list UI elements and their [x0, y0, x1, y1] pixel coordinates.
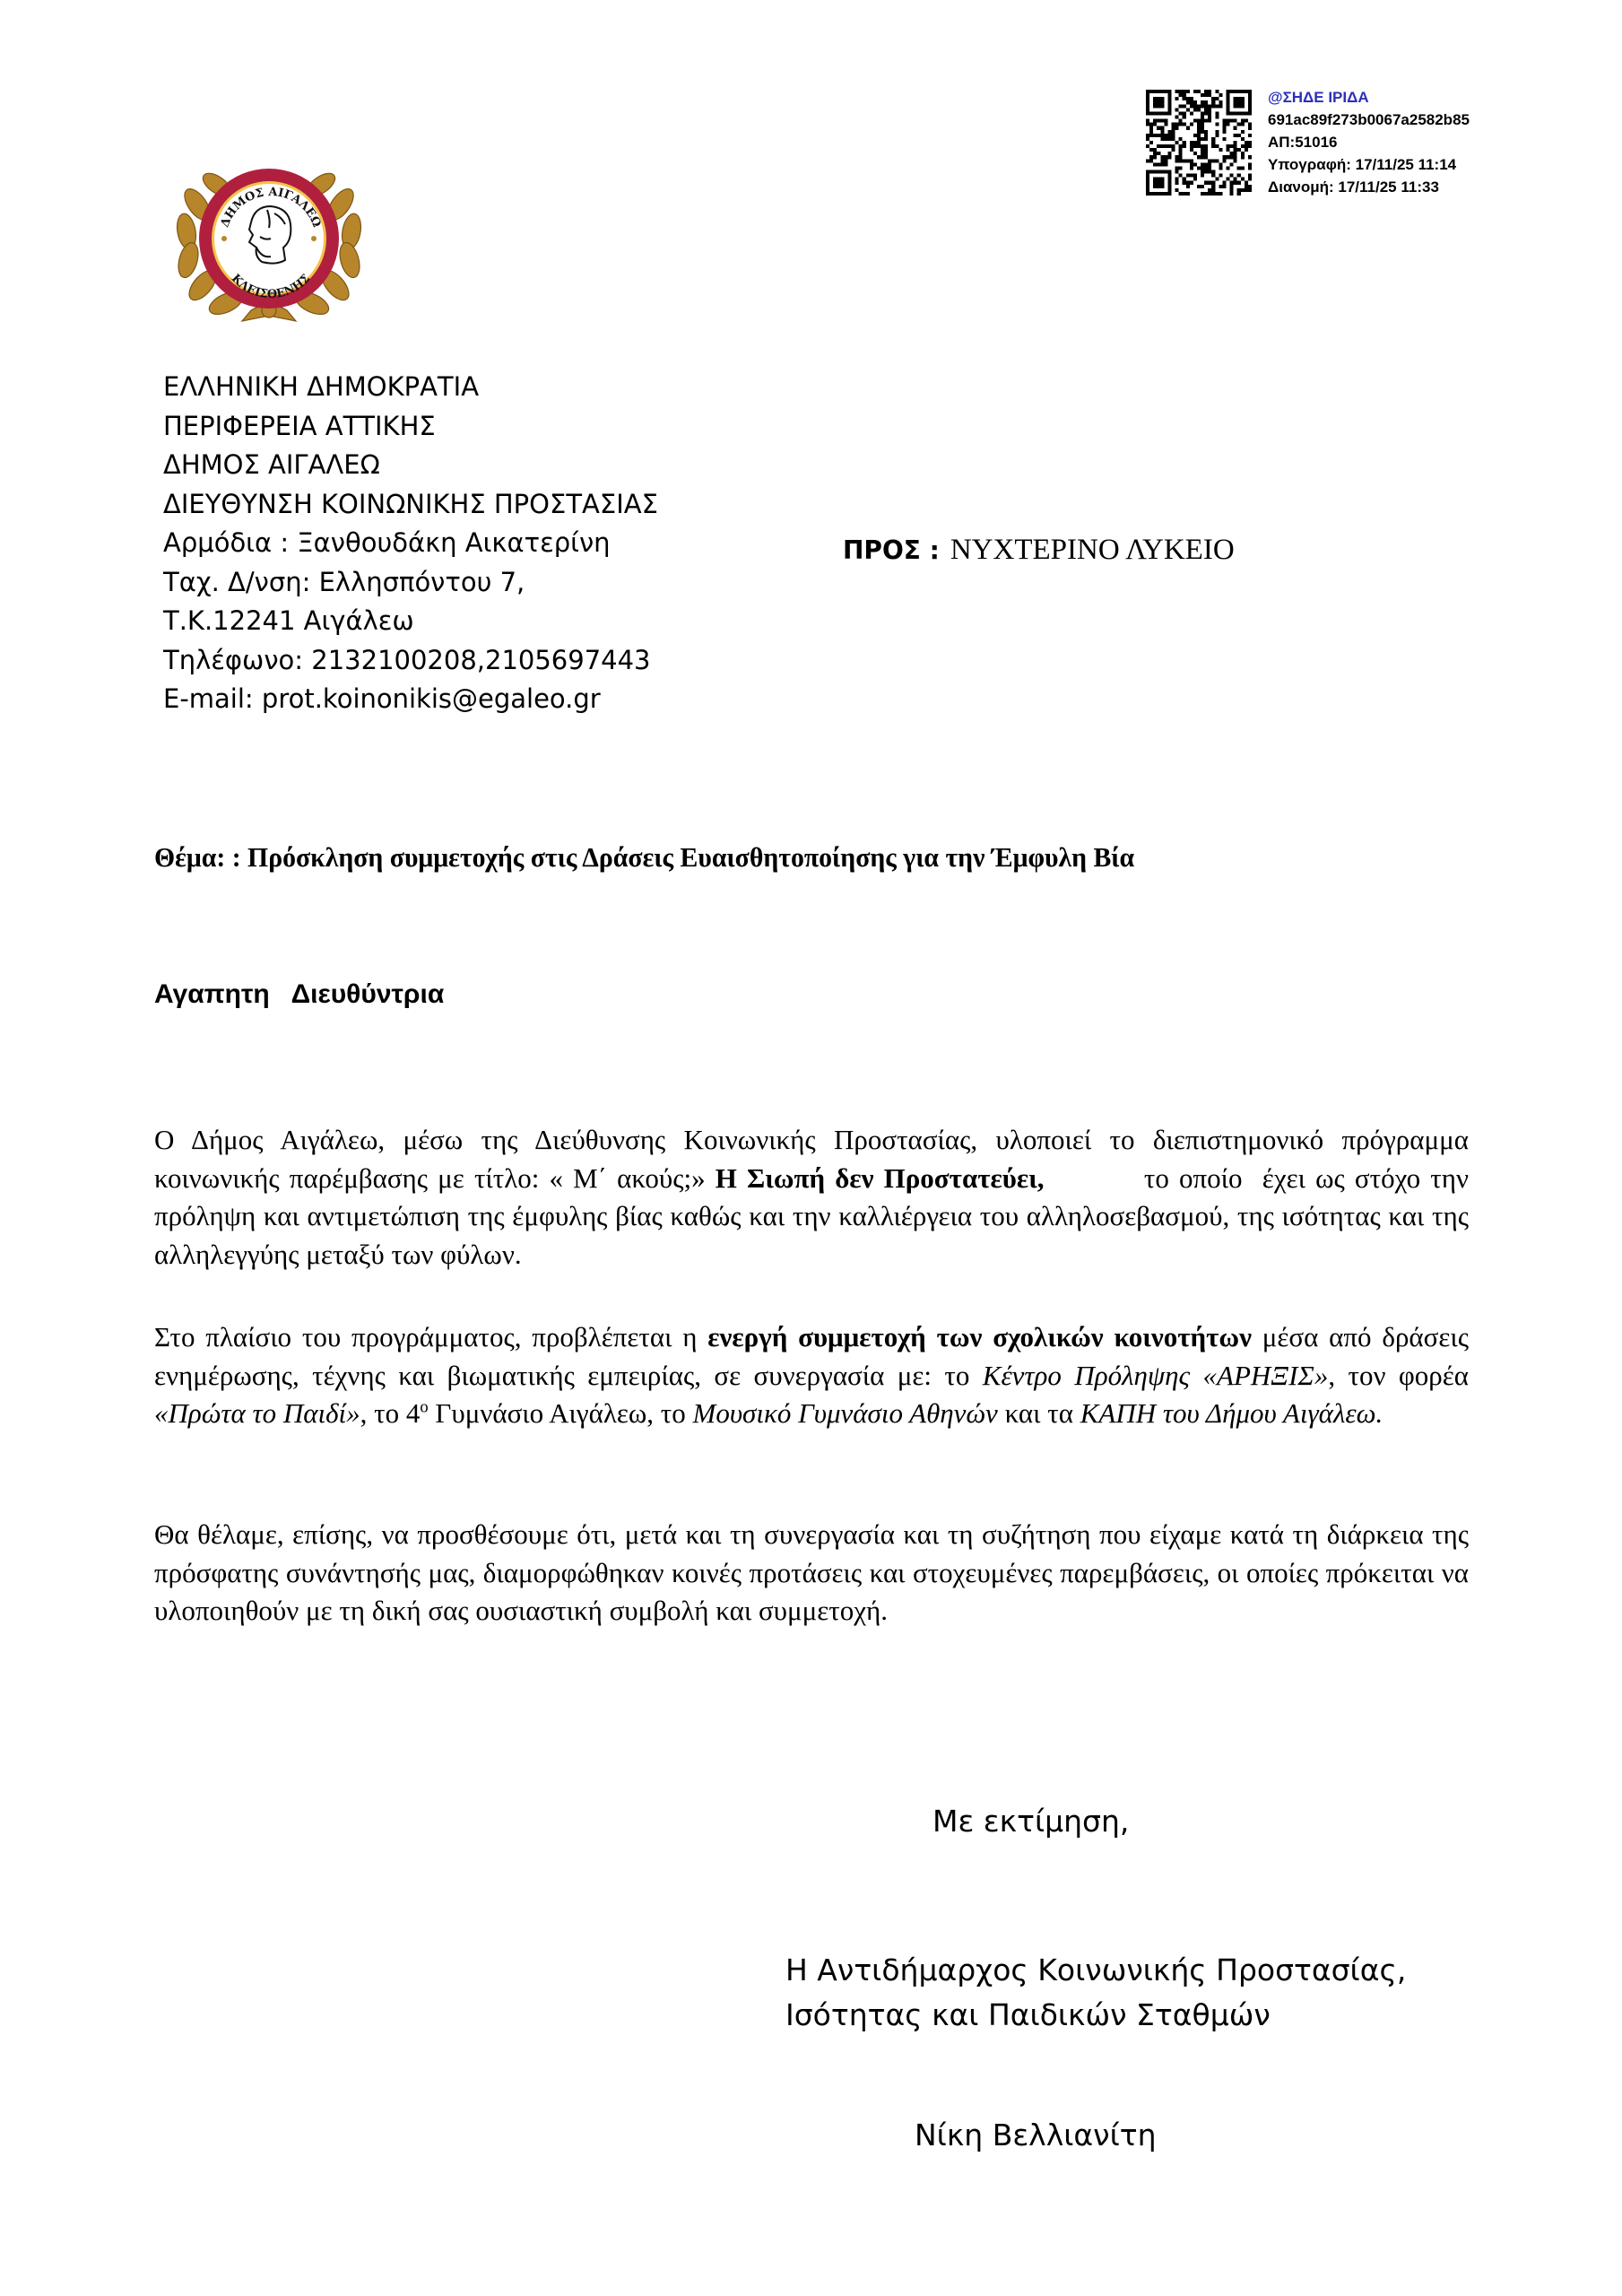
- municipality-seal-icon: ΔΗΜΟΣ ΑΙΓΑΛΕΩ ΚΛΕΙΣΘΕΝΗΣ: [161, 142, 377, 330]
- partner-name-italic: Μουσικό Γυμνάσιο Αθηνών: [693, 1397, 998, 1429]
- ordinal-superscript: ο: [420, 1398, 428, 1417]
- body-paragraph-2: Στο πλαίσιο του προγράμματος, προβλέπετα…: [154, 1318, 1469, 1433]
- stamp-distribution-date: Διανομή: 17/11/25 11:33: [1268, 176, 1470, 198]
- sender-line-postcode: Τ.Κ.12241 Αιγάλεω: [163, 602, 658, 641]
- closing-phrase: Με εκτίμηση,: [932, 1799, 1129, 1844]
- sender-block: ΕΛΛΗΝΙΚΗ ΔΗΜΟΚΡΑΤΙΑ ΠΕΡΙΦΕΡΕΙΑ ΑΤΤΙΚΗΣ Δ…: [163, 368, 658, 719]
- sender-line-municipality: ΔΗΜΟΣ ΑΙΓΑΛΕΩ: [163, 446, 658, 485]
- recipient-label: ΠΡΟΣ :: [843, 535, 940, 565]
- paragraph-text: και τα: [998, 1397, 1080, 1429]
- municipality-seal-logo: ΔΗΜΟΣ ΑΙΓΑΛΕΩ ΚΛΕΙΣΘΕΝΗΣ: [161, 142, 377, 330]
- signatory-name: Νίκη Βελλιανίτη: [915, 2113, 1157, 2158]
- recipient: ΠΡΟΣ :ΝΥΧΤΕΡΙΝΟ ΛΥΚΕΙΟ: [843, 534, 1235, 567]
- paragraph-text: Στο πλαίσιο του προγράμματος, προβλέπετα…: [154, 1321, 707, 1352]
- sender-line-country: ΕΛΛΗΝΙΚΗ ΔΗΜΟΚΡΑΤΙΑ: [163, 368, 658, 407]
- body-paragraph-1: Ο Δήμος Αιγάλεω, μέσω της Διεύθυνσης Κοι…: [154, 1121, 1469, 1274]
- recipient-value: ΝΥΧΤΕΡΙΝΟ ΛΥΚΕΙΟ: [950, 534, 1235, 566]
- body-paragraph-3: Θα θέλαμε, επίσης, να προσθέσουμε ότι, μ…: [154, 1516, 1469, 1631]
- stamp-signature-date: Υπογραφή: 17/11/25 11:14: [1268, 153, 1470, 176]
- qr-code-icon[interactable]: [1146, 90, 1252, 196]
- signatory-title: Η Αντιδήμαρχος Κοινωνικής Προστασίας, Ισ…: [785, 1948, 1406, 2038]
- stamp-hash: 691ac89f273b0067a2582b85: [1268, 109, 1470, 131]
- paragraph-text: , τον φορέα: [1328, 1360, 1469, 1391]
- stamp-protocol-number: ΑΠ:51016: [1268, 131, 1470, 153]
- sender-line-address: Ταχ. Δ/νση: Ελλησπόντου 7,: [163, 563, 658, 603]
- sender-line-contact-person: Αρμόδια : Ξανθουδάκη Αικατερίνη: [163, 524, 658, 563]
- sender-line-directorate: ΔΙΕΥΘΥΝΣΗ ΚΟΙΝΩΝΙΚΗΣ ΠΡΟΣΤΑΣΙΑΣ: [163, 485, 658, 525]
- partner-name-italic: ΚΑΠΗ του Δήμου Αιγάλεω.: [1080, 1397, 1383, 1429]
- emphasis-bold: ενεργή συμμετοχή των σχολικών κοινοτήτων: [707, 1321, 1252, 1352]
- sender-line-email: E-mail: prot.koinonikis@egaleo.gr: [163, 680, 658, 719]
- signatory-title-line-1: Η Αντιδήμαρχος Κοινωνικής Προστασίας,: [785, 1948, 1406, 1993]
- paragraph-text: , το 4: [360, 1397, 421, 1429]
- program-subtitle-bold: Η Σιωπή δεν Προστατεύει,: [716, 1162, 1045, 1194]
- stamp-system-name: @ΣΗΔΕ ΙΡΙΔΑ: [1268, 86, 1470, 109]
- signatory-title-line-2: Ισότητας και Παιδικών Σταθμών: [785, 1993, 1406, 2038]
- subject-line: Θέμα: : Πρόσκληση συμμετοχής στις Δράσει…: [154, 841, 1134, 874]
- partner-name-italic: «Πρώτα το Παιδί»: [154, 1397, 360, 1429]
- partner-name-italic: Κέντρο Πρόληψης «ΑΡΗΞΙΣ»: [983, 1360, 1329, 1391]
- salutation: Αγαπητη Διευθύντρια: [154, 979, 444, 1010]
- paragraph-text: Γυμνάσιο Αιγάλεω, το: [429, 1397, 693, 1429]
- sender-line-region: ΠΕΡΙΦΕΡΕΙΑ ΑΤΤΙΚΗΣ: [163, 407, 658, 447]
- sender-line-phone: Τηλέφωνο: 2132100208,2105697443: [163, 641, 658, 681]
